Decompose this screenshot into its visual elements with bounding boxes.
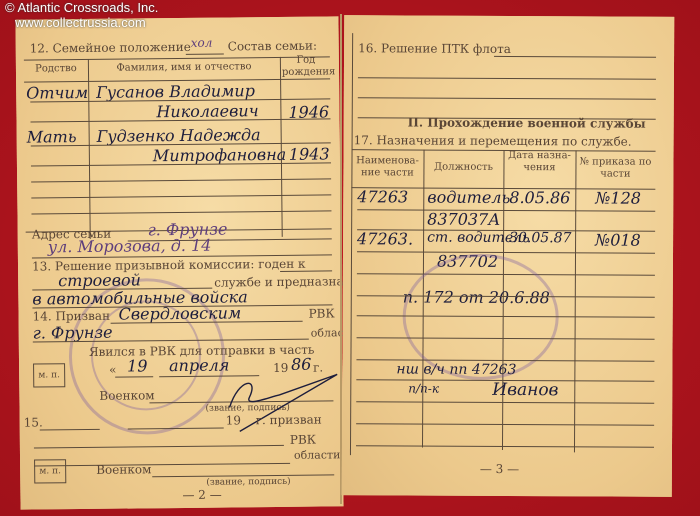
header-position: Должность [423, 162, 503, 174]
watermark: © Atlantic Crossroads, Inc. www.collectr… [5, 0, 158, 30]
item14-label: 14. Призван [32, 309, 110, 324]
header-full-name: Фамилия, имя и отчество [88, 61, 280, 75]
watermark-website: www.collectrussia.com [5, 15, 158, 30]
order-number: №128 [595, 188, 641, 207]
fitness-value: строевой [58, 270, 141, 290]
item15-oblast-label: области [294, 448, 341, 461]
marital-status-value: хол [191, 36, 213, 50]
unit-number: 47263. [357, 229, 413, 248]
voenkom-label-2: Военком [96, 462, 151, 477]
report-day: 19 [127, 356, 148, 375]
assignment-date: 8.05.86 [509, 188, 570, 207]
voenkom-label: Военком [99, 388, 154, 403]
address-line2: ул. Морозова, д. 14 [48, 236, 212, 257]
relation: Отчим [26, 83, 88, 103]
unit-number: 47263 [357, 187, 408, 206]
left-page: 12. Семейное положение хол Состав семьи:… [15, 16, 343, 509]
officer-rank: п/п-к [408, 381, 439, 395]
header-relation: Родство [24, 63, 88, 76]
header-birth-year: Год рождения [282, 54, 330, 79]
watermark-copyright: © Atlantic Crossroads, Inc. [5, 0, 158, 15]
header-unit-name: Наименова-ние части [351, 155, 423, 179]
item15-rvk-label: РВК [290, 433, 316, 447]
position: водитель [427, 188, 510, 207]
city-value: г. Фрунзе [33, 323, 113, 343]
page-number-3: — 3 — [480, 462, 519, 476]
family-composition-label: Состав семьи: [228, 39, 317, 54]
item15-year-prefix: 19 [226, 413, 241, 427]
item17-label: 17. Назначения и перемещения по службе. [354, 133, 632, 148]
order-number: №018 [595, 230, 641, 249]
officer-signature: Иванов [492, 380, 558, 400]
header-assignment-date: Дата назна-чения [503, 150, 575, 174]
section-title: II. Прохождение военной службы [408, 115, 646, 130]
signature-caption-2: (звание, подпись) [206, 477, 290, 488]
item15-label: 15. [24, 415, 43, 429]
item12-label: 12. Семейное положение [30, 40, 191, 56]
birth-year: 1943 [289, 144, 330, 163]
seal-place-box-2: м. п. [34, 459, 66, 483]
position-code: 837037А [427, 210, 500, 229]
rvk-label: РВК [308, 306, 334, 320]
item16-label: 16. Решение ПТК флота [358, 41, 511, 56]
name-line2: Николаевич [156, 101, 258, 121]
seal-place-box: м. п. [33, 363, 65, 387]
relation: Мать [27, 127, 77, 147]
certifying-officer: нш в/ч пп 47263 [396, 361, 516, 378]
assignment-date: 30.05.87 [509, 230, 571, 246]
page-number-2: — 2 — [182, 488, 221, 502]
order-note: п. 172 от 20.6.88 [403, 287, 550, 307]
header-order-number: № приказа по части [575, 156, 655, 180]
right-page: 16. Решение ПТК флота II. Прохождение во… [342, 15, 675, 497]
drafted-label: г. призван [256, 413, 322, 428]
